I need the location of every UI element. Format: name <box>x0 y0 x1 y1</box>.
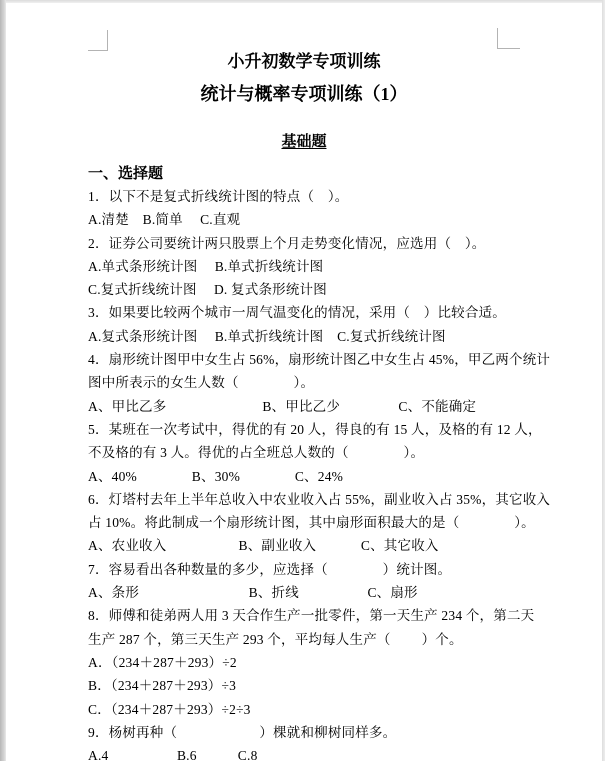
question-5-options: A、40% B、30% C、24% <box>88 465 520 488</box>
question-3-options: A.复式条形统计图 B.单式折线统计图 C.复式折线统计图 <box>88 325 520 348</box>
question-8-option-a: A．（234＋287＋293）÷2 <box>88 651 520 674</box>
question-4: 4．扇形统计图甲中女生占 56%，扇形统计图乙中女生占 45%，甲乙两个统计 图… <box>88 348 520 418</box>
question-4-text-line-2: 图中所表示的女生人数（ ）。 <box>88 371 520 394</box>
question-8: 8．师傅和徒弟两人用 3 天合作生产一批零件，第一天生产 234 个，第二天 生… <box>88 604 520 720</box>
question-3-text: 3．如果要比较两个城市一周气温变化的情况，采用（ ）比较合适。 <box>88 301 520 324</box>
question-5-text-line-1: 5．某班在一次考试中，得优的有 20 人，得良的有 15 人，及格的有 12 人… <box>88 418 520 441</box>
question-2-options-row-2: C.复式折线统计图 D. 复式条形统计图 <box>88 278 520 301</box>
question-1-options: A.清楚 B.简单 C.直观 <box>88 208 520 231</box>
question-4-options: A、甲比乙多 B、甲比乙少 C、不能确定 <box>88 395 520 418</box>
question-3: 3．如果要比较两个城市一周气温变化的情况，采用（ ）比较合适。 A.复式条形统计… <box>88 301 520 348</box>
window-edge-left <box>0 0 6 761</box>
question-8-option-b: B．（234＋287＋293）÷3 <box>88 674 520 697</box>
document-content: 小升初数学专项训练 统计与概率专项训练（1） 基础题 一、选择题 1．以下不是复… <box>88 0 520 761</box>
question-9-options: A.4 B.6 C.8 <box>88 744 520 761</box>
question-2: 2．证券公司要统计两只股票上个月走势变化情况，应选用（ ）。 A.单式条形统计图… <box>88 232 520 302</box>
question-6-text-line-2: 占 10%。将此制成一个扇形统计图，其中扇形面积最大的是（ ）。 <box>88 511 520 534</box>
question-8-option-c: C．（234＋287＋293）÷2÷3 <box>88 698 520 721</box>
question-9: 9．杨树再种（ ）棵就和柳树同样多。 A.4 B.6 C.8 <box>88 721 520 761</box>
question-4-text-line-1: 4．扇形统计图甲中女生占 56%，扇形统计图乙中女生占 45%，甲乙两个统计 <box>88 348 520 371</box>
question-7-options: A、条形 B、折线 C、扇形 <box>88 581 520 604</box>
question-5: 5．某班在一次考试中，得优的有 20 人，得良的有 15 人，及格的有 12 人… <box>88 418 520 488</box>
question-6: 6．灯塔村去年上半年总收入中农业收入占 55%，副业收入占 35%，其它收入 占… <box>88 488 520 558</box>
question-8-text-line-2: 生产 287 个，第三天生产 293 个，平均每人生产（ ）个。 <box>88 628 520 651</box>
question-1: 1．以下不是复式折线统计图的特点（ ）。 A.清楚 B.简单 C.直观 <box>88 185 520 232</box>
question-2-text: 2．证券公司要统计两只股票上个月走势变化情况，应选用（ ）。 <box>88 232 520 255</box>
subsection-heading: 一、选择题 <box>88 164 520 185</box>
question-8-text-line-1: 8．师傅和徒弟两人用 3 天合作生产一批零件，第一天生产 234 个，第二天 <box>88 604 520 627</box>
question-9-text: 9．杨树再种（ ）棵就和柳树同样多。 <box>88 721 520 744</box>
question-6-text-line-1: 6．灯塔村去年上半年总收入中农业收入占 55%，副业收入占 35%，其它收入 <box>88 488 520 511</box>
doc-title-line2: 统计与概率专项训练（1） <box>88 83 520 105</box>
section-heading: 基础题 <box>88 133 520 152</box>
question-7: 7．容易看出各种数量的多少，应选择（ ）统计图。 A、条形 B、折线 C、扇形 <box>88 558 520 605</box>
question-2-options-row-1: A.单式条形统计图 B.单式折线统计图 <box>88 255 520 278</box>
question-1-text: 1．以下不是复式折线统计图的特点（ ）。 <box>88 185 520 208</box>
document-page: 小升初数学专项训练 统计与概率专项训练（1） 基础题 一、选择题 1．以下不是复… <box>0 0 605 761</box>
doc-title-line1: 小升初数学专项训练 <box>88 52 520 72</box>
question-7-text: 7．容易看出各种数量的多少，应选择（ ）统计图。 <box>88 558 520 581</box>
question-5-text-line-2: 不及格的有 3 人。得优的占全班总人数的（ ）。 <box>88 441 520 464</box>
question-6-options: A、农业收入 B、副业收入 C、其它收入 <box>88 534 520 557</box>
section-heading-text: 基础题 <box>281 134 326 150</box>
